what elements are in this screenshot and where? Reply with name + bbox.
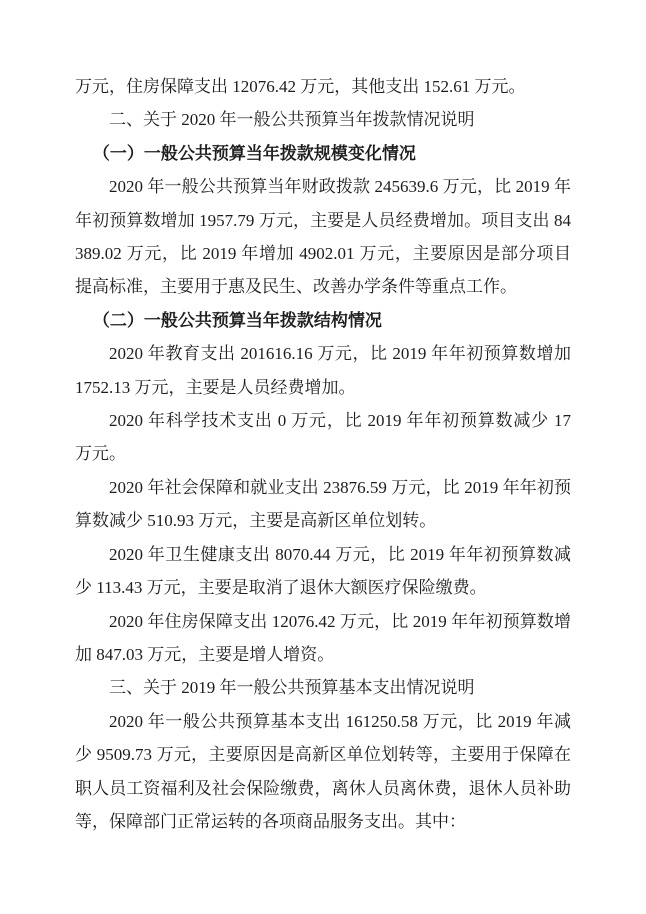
paragraph-social-security-spending: 2020 年社会保障和就业支出 23876.59 万元，比 2019 年年初预算… xyxy=(75,471,571,538)
paragraph-housing-spending: 2020 年住房保障支出 12076.42 万元，比 2019 年年初预算数增加… xyxy=(75,605,571,672)
paragraph-allocation-scale: 2020 年一般公共预算当年财政拨款 245639.6 万元，比 2019 年年… xyxy=(75,170,571,304)
paragraph-education-spending: 2020 年教育支出 201616.16 万元，比 2019 年年初预算数增加 … xyxy=(75,337,571,404)
subsection-heading-2-2: （二）一般公共预算当年拨款结构情况 xyxy=(75,304,571,337)
paragraph-basic-expenditure: 2020 年一般公共预算基本支出 161250.58 万元，比 2019 年减少… xyxy=(75,705,571,839)
document-page: 万元，住房保障支出 12076.42 万元，其他支出 152.61 万元。 二、… xyxy=(0,0,646,914)
paragraph-science-tech-spending: 2020 年科学技术支出 0 万元，比 2019 年年初预算数减少 17 万元。 xyxy=(75,404,571,471)
section-heading-2: 二、关于 2020 年一般公共预算当年拨款情况说明 xyxy=(75,103,571,136)
paragraph-continuation: 万元，住房保障支出 12076.42 万元，其他支出 152.61 万元。 xyxy=(75,70,571,103)
document-body: 万元，住房保障支出 12076.42 万元，其他支出 152.61 万元。 二、… xyxy=(75,70,571,838)
subsection-heading-2-1: （一）一般公共预算当年拨款规模变化情况 xyxy=(75,137,571,170)
section-heading-3: 三、关于 2019 年一般公共预算基本支出情况说明 xyxy=(75,671,571,704)
paragraph-health-spending: 2020 年卫生健康支出 8070.44 万元，比 2019 年年初预算数减少 … xyxy=(75,538,571,605)
